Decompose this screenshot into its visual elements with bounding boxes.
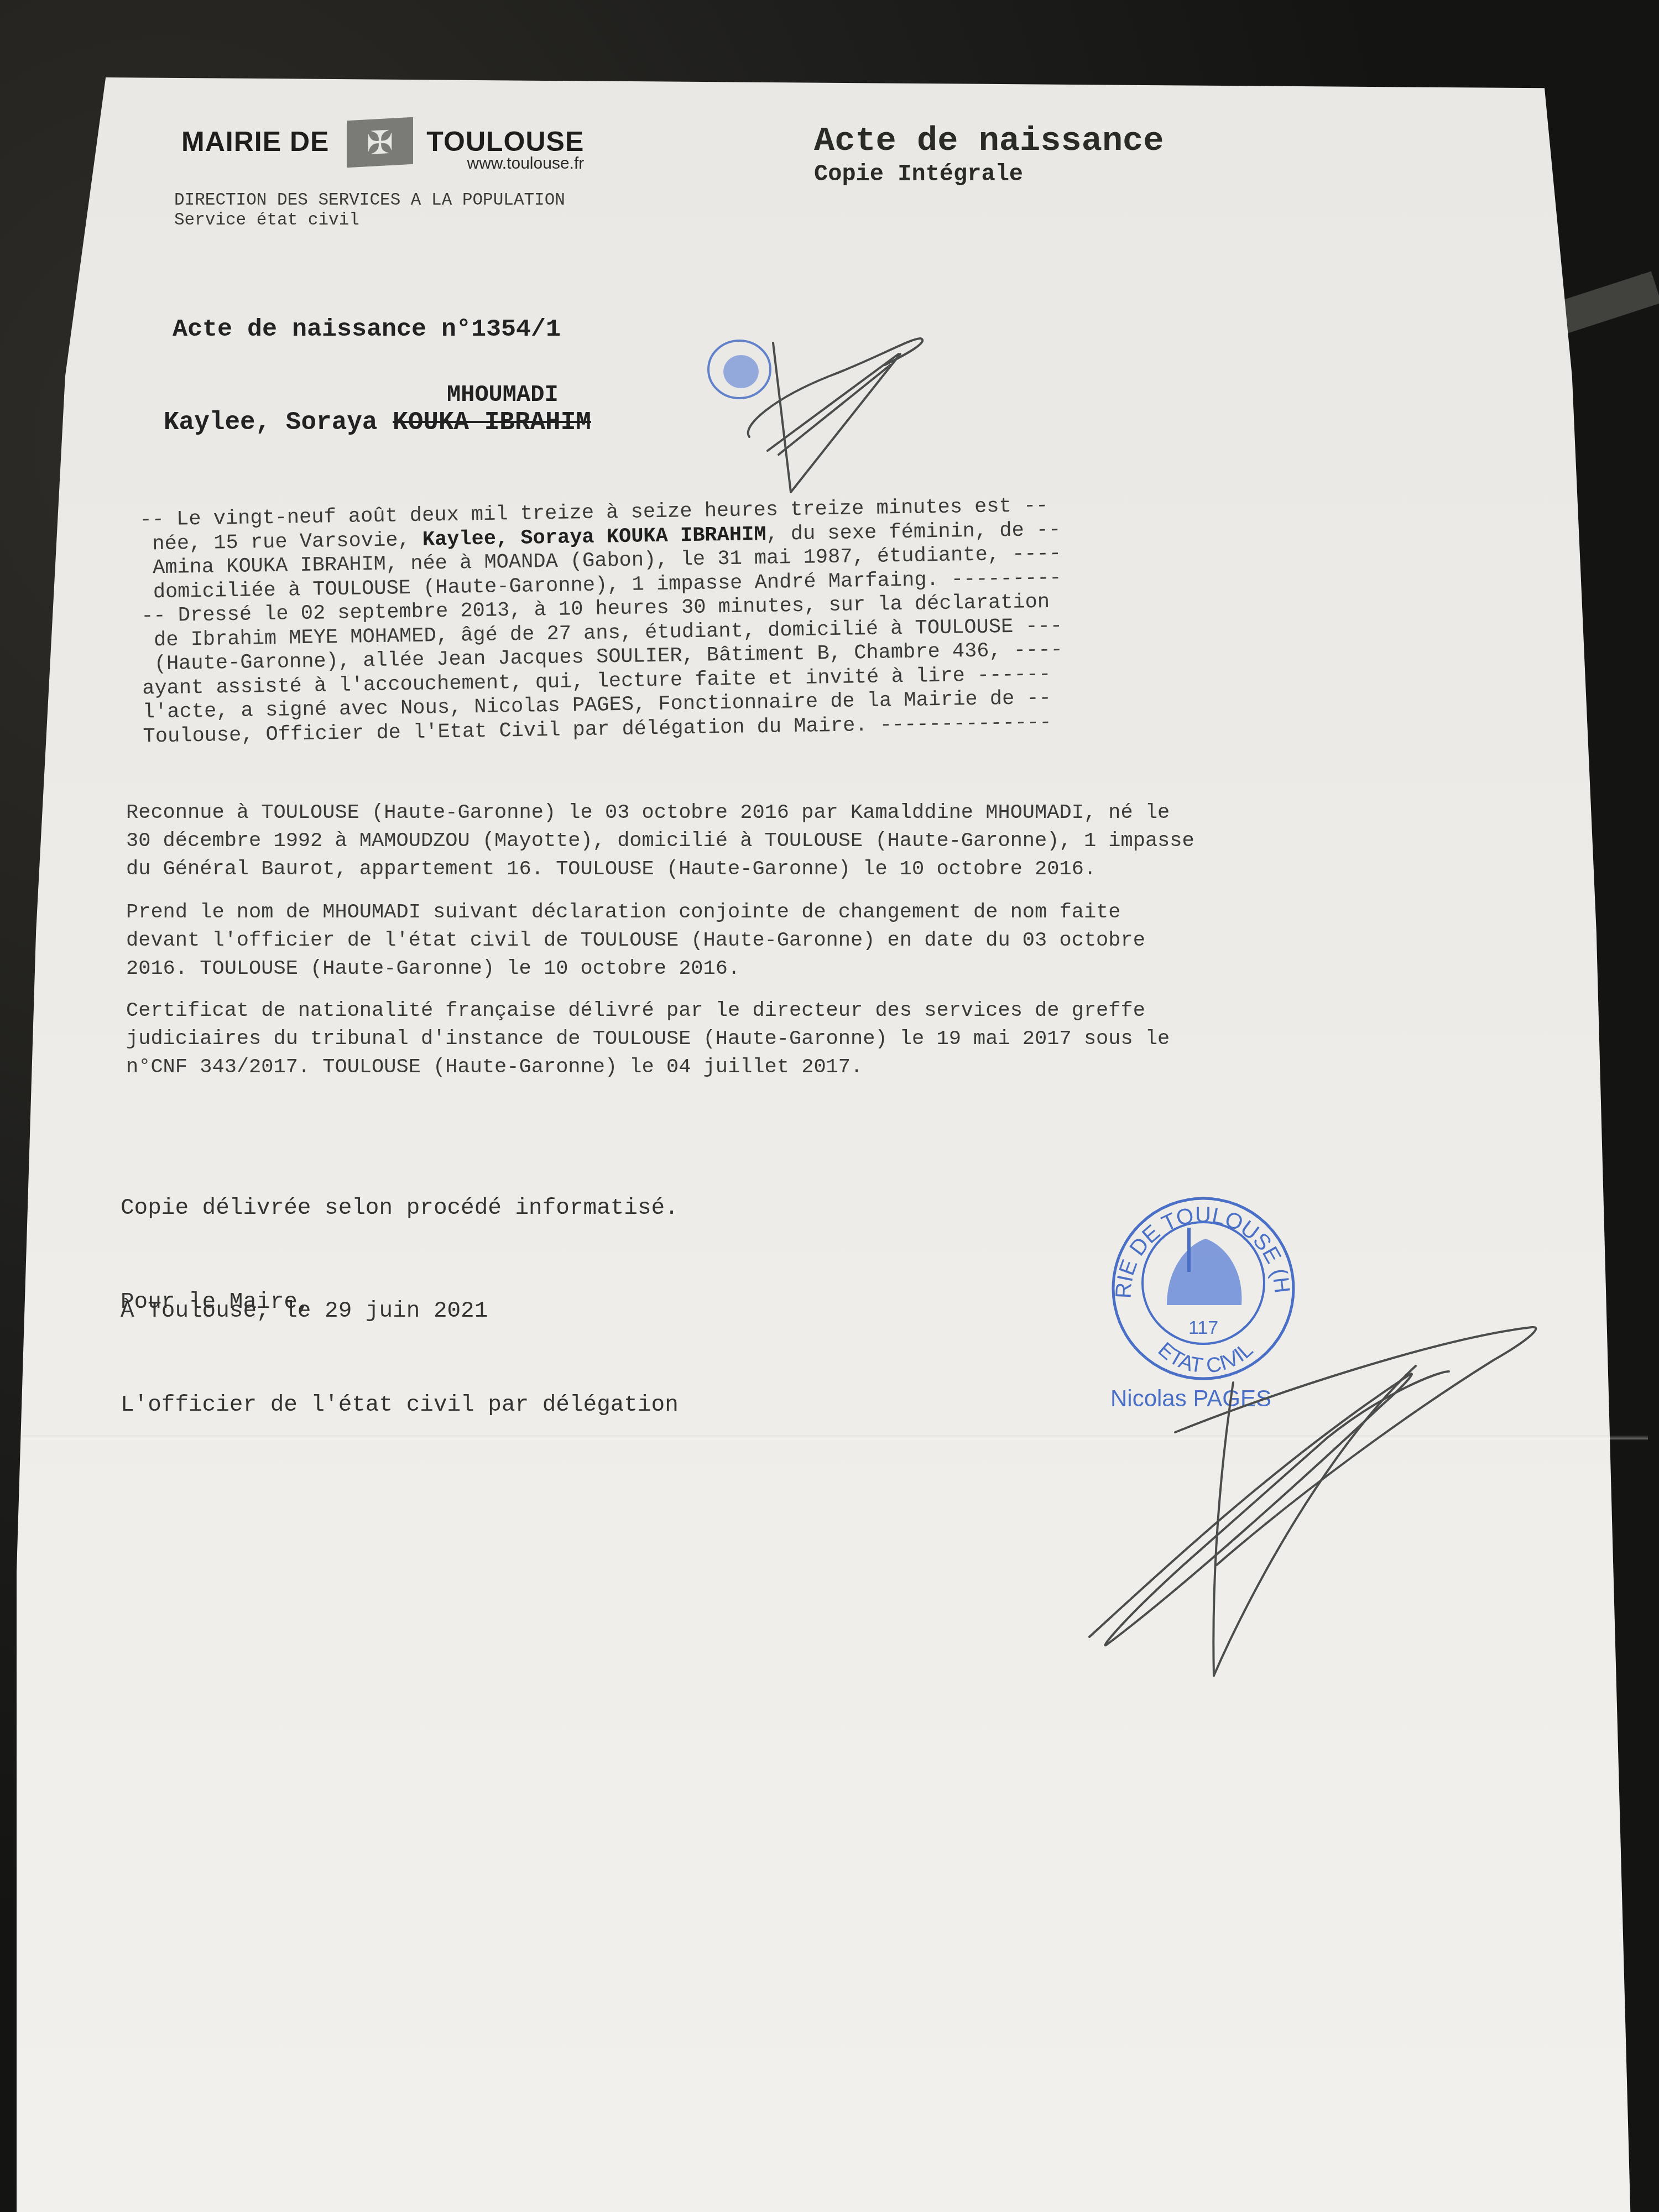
signature-top	[748, 338, 923, 492]
etat-civil-stamp: MAIRIE DE TOULOUSE (H.-G.) ETAT CIVIL 11…	[0, 0, 1295, 1379]
svg-text:117: 117	[1188, 1317, 1218, 1338]
stamps-and-signatures: MAIRIE DE TOULOUSE (H.-G.) ETAT CIVIL 11…	[0, 0, 1659, 2212]
signature-bottom	[1089, 1327, 1536, 1676]
svg-text:MAIRIE DE TOULOUSE (H.-G.): MAIRIE DE TOULOUSE (H.-G.)	[0, 0, 1295, 1299]
small-stamp-icon	[708, 341, 770, 398]
